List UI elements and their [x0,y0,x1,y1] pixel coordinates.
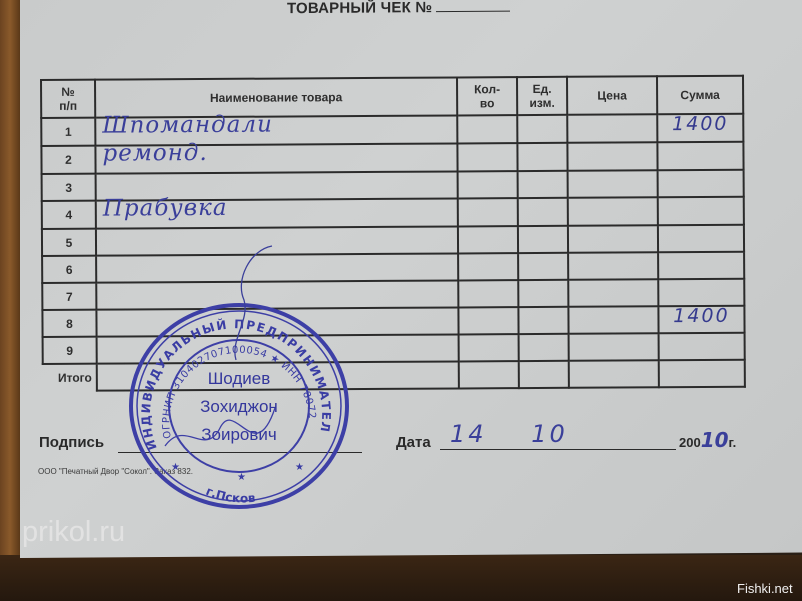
receipt-title: ТОВАРНЫЙ ЧЕК № [287,0,510,17]
row-quantity [458,198,518,226]
row-item-name [96,226,458,255]
row-sum-handwritten [658,152,742,153]
row-sum-handwritten [659,179,743,180]
year-handwritten: 10 [701,428,729,452]
row-sum: 1400 [657,114,743,143]
header-quantity: Кол-во [457,77,517,115]
row-number: 3 [42,174,96,201]
table-row: 2ремонд. [41,142,743,174]
row-number: 9 [43,337,97,364]
header-number: №п/п [41,80,95,118]
receipt-number-blank [436,0,510,12]
row-unit [518,253,568,280]
year-suffix: г. [729,435,737,450]
year-field: 20010г. [679,428,736,452]
row-sum [659,333,745,361]
watermark-fishki: Fishki.net [737,581,793,596]
row-sum-handwritten [659,261,743,262]
row-sum-handwritten [659,234,743,235]
row-item-name [96,253,458,282]
total-cell [569,360,659,388]
row-number: 7 [42,283,96,310]
row-quantity [458,253,518,280]
row-number: 6 [42,256,96,283]
total-label: Итого [43,364,97,391]
row-price [568,170,658,198]
table-row: 5 [42,225,744,256]
stamp-seal-icon: ИНДИВИДУАЛЬНЫЙ ПРЕДПРИНИМАТЕЛЬ ОГРНИП 31… [125,298,353,512]
stamp-name-line2: Зохиджон [200,397,278,416]
date-line [440,449,676,450]
total-cell [519,361,569,388]
row-sum [658,279,744,307]
svg-text:★: ★ [237,472,246,483]
table-row: 6 [42,252,744,283]
svg-text:★: ★ [295,462,304,473]
row-quantity [459,334,519,361]
row-quantity [457,143,517,171]
row-item-name-handwritten: ремонд. [102,140,207,167]
receipt-title-text: ТОВАРНЫЙ ЧЕК № [287,0,432,17]
row-sum: 1400 [658,306,744,334]
row-item-name-handwritten: Шпомандали [102,112,273,139]
row-price [569,333,659,361]
year-prefix: 200 [679,435,701,450]
row-number: 5 [42,229,96,256]
total-cell [659,360,745,388]
date-label: Дата [396,434,431,451]
row-unit [518,198,568,226]
row-number: 4 [42,201,96,229]
row-quantity [458,171,518,198]
row-item-name-handwritten: Прабувка [103,195,228,222]
row-sum-handwritten: 1400 [659,304,743,327]
row-price [568,197,658,226]
row-price [568,306,658,334]
row-quantity [458,280,518,307]
row-price [568,279,658,307]
row-quantity [458,226,518,253]
row-unit [518,307,568,334]
row-sum-handwritten [659,288,743,289]
svg-text:★: ★ [171,462,180,473]
date-month: 10 [531,420,568,448]
row-sum [657,142,743,171]
row-unit [517,143,567,171]
watermark-prikol: prikol.ru [22,516,125,549]
row-sum [658,197,744,226]
row-sum-handwritten [660,342,744,343]
row-number: 1 [41,118,95,146]
row-number: 2 [41,146,95,174]
wooden-table-bottom [0,555,802,601]
row-price [567,114,657,143]
row-unit [519,334,569,361]
row-item-name: Прабувка [96,198,458,228]
row-unit [517,115,567,143]
header-unit: Ед.изм. [517,77,567,115]
signature-label: Подпись [39,434,104,451]
row-unit [518,171,568,198]
row-number: 8 [42,310,96,337]
row-sum-handwritten: 1400 [658,113,742,136]
date-handwritten: 14 10 [450,420,568,448]
header-sum: Сумма [657,76,743,115]
total-cell [459,361,519,388]
row-item-name: ремонд. [95,143,457,173]
row-price [568,252,658,280]
row-price [568,225,658,253]
wooden-table-edge [0,0,20,601]
header-price: Цена [567,76,657,115]
date-day: 14 [450,420,487,448]
row-unit [518,280,568,307]
table-row: 4Прабувка [42,197,744,229]
row-sum [658,252,744,280]
row-unit [518,226,568,253]
row-sum-handwritten [659,207,743,208]
row-sum [658,225,744,253]
row-sum [658,170,744,198]
row-quantity [457,115,517,143]
row-price [567,142,657,171]
row-quantity [458,307,518,334]
stamp-name-line1: Шодиев [208,369,271,388]
